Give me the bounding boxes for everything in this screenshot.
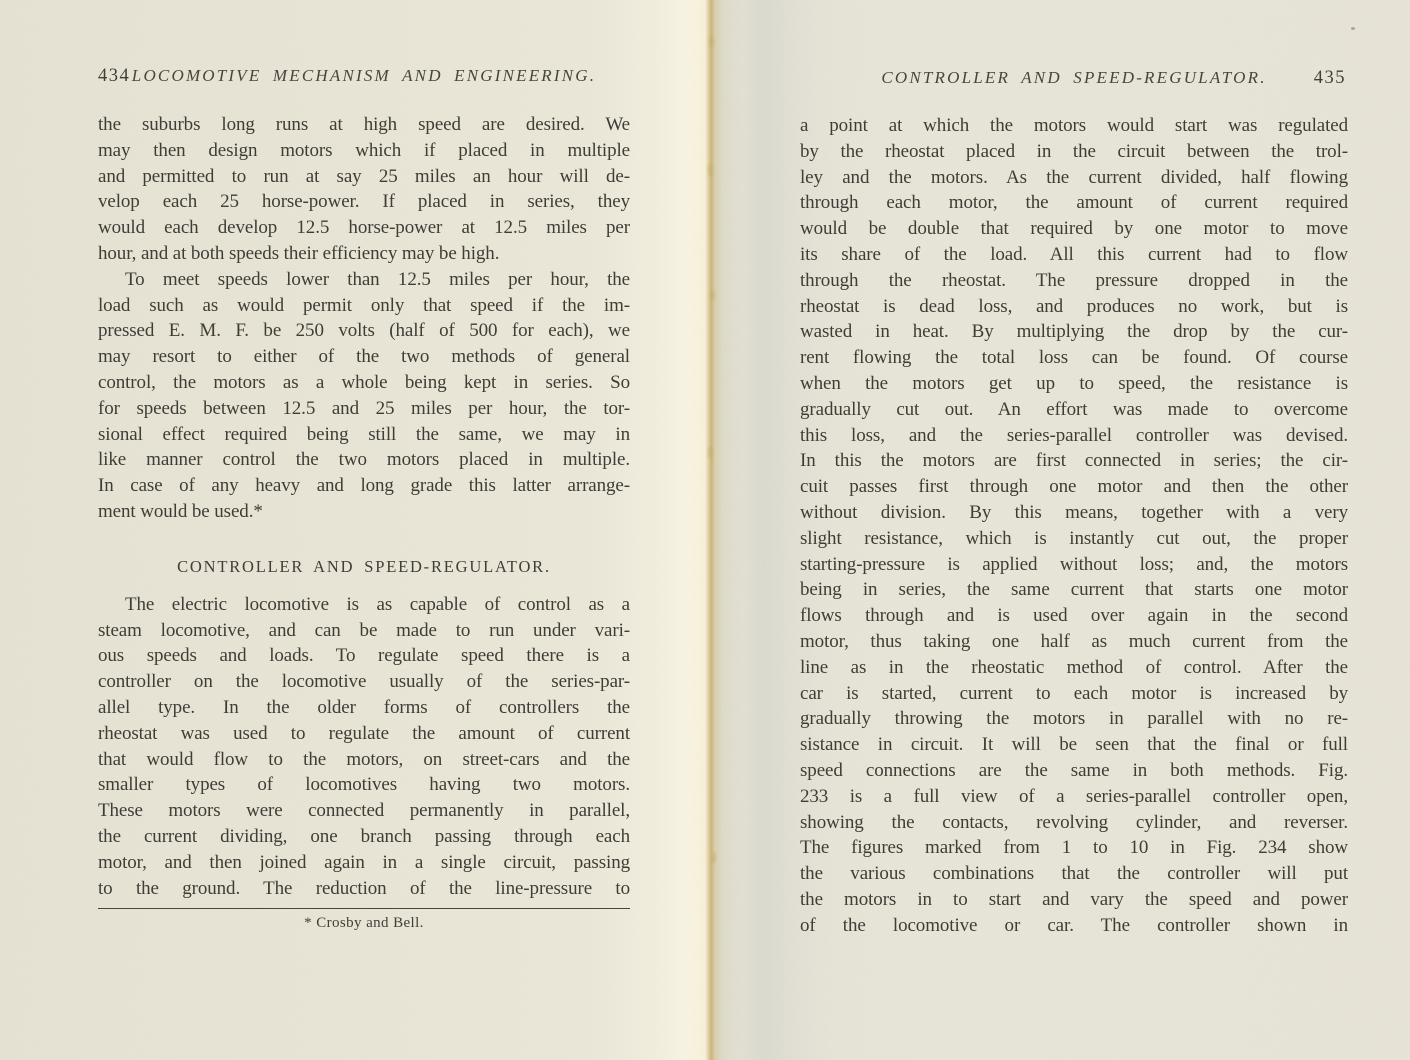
text-line: through each motor, the amount of curren… — [800, 190, 1348, 216]
text-line: To meet speeds lower than 12.5 miles per… — [98, 267, 630, 293]
text-line: flows through and is used over again in … — [800, 603, 1348, 629]
text-line: would be double that required by one mot… — [800, 216, 1348, 242]
text-line: control, the motors as a whole being kep… — [98, 370, 630, 396]
footnote: * Crosby and Bell. — [98, 915, 630, 932]
text-line: sistance in circuit. It will be seen tha… — [800, 732, 1348, 758]
text-line: ley and the motors. As the current divid… — [800, 165, 1348, 191]
text-line: controller on the locomotive usually of … — [98, 669, 630, 695]
text-line: rent flowing the total loss can be found… — [800, 345, 1348, 371]
text-line: the suburbs long runs at high speed are … — [98, 112, 630, 138]
page-edge-blob — [711, 852, 716, 864]
book-scan: 434 LOCOMOTIVE MECHANISM AND ENGINEERING… — [0, 0, 1410, 1060]
paragraph: To meet speeds lower than 12.5 miles per… — [98, 267, 630, 525]
text-line: that would flow to the motors, on street… — [98, 747, 630, 773]
text-line: being in series, the same current that s… — [800, 577, 1348, 603]
text-line: this loss, and the series-parallel contr… — [800, 423, 1348, 449]
text-line: load such as would permit only that spee… — [98, 293, 630, 319]
text-line: In this the motors are first connected i… — [800, 448, 1348, 474]
paper-speck — [1351, 27, 1355, 30]
text-line: may then design motors which if placed i… — [98, 138, 630, 164]
text-line: allel type. In the older forms of contro… — [98, 695, 630, 721]
text-line: speed connections are the same in both m… — [800, 758, 1348, 784]
page-edge-blob — [708, 446, 713, 459]
text-line: the motors in to start and vary the spee… — [800, 887, 1348, 913]
text-line: when the motors get up to speed, the res… — [800, 371, 1348, 397]
text-line: steam locomotive, and can be made to run… — [98, 618, 630, 644]
section-heading: CONTROLLER AND SPEED-REGULATOR. — [98, 557, 630, 577]
text-line: the current dividing, one branch passing… — [98, 824, 630, 850]
text-line: rheostat was used to regulate the amount… — [98, 721, 630, 747]
right-page: CONTROLLER AND SPEED-REGULATOR. 435 a po… — [800, 68, 1348, 939]
text-line: and permitted to run at say 25 miles an … — [98, 164, 630, 190]
left-page-number: 434 — [98, 66, 130, 87]
left-page-header: 434 LOCOMOTIVE MECHANISM AND ENGINEERING… — [98, 66, 630, 92]
text-line: wasted in heat. By multiplying the drop … — [800, 319, 1348, 345]
page-edge-blob — [709, 36, 714, 48]
text-line: 233 is a full view of a series-parallel … — [800, 784, 1348, 810]
paragraph: The electric locomotive is as capable of… — [98, 592, 630, 902]
text-line: gradually cut out. An effort was made to… — [800, 397, 1348, 423]
text-line: gradually throwing the motors in paralle… — [800, 706, 1348, 732]
paragraph-continuation: a point at which the motors would start … — [800, 113, 1348, 939]
left-running-title: LOCOMOTIVE MECHANISM AND ENGINEERING. — [98, 66, 630, 86]
text-line: to the ground. The reduction of the line… — [98, 876, 630, 902]
text-line: motor, and then joined again in a single… — [98, 850, 630, 876]
text-line: The figures marked from 1 to 10 in Fig. … — [800, 835, 1348, 861]
text-line: hour, and at both speeds their efficienc… — [98, 241, 630, 267]
right-page-number: 435 — [1314, 68, 1346, 89]
text-line: for speeds between 12.5 and 25 miles per… — [98, 396, 630, 422]
text-line: its share of the load. All this current … — [800, 242, 1348, 268]
text-line: would each develop 12.5 horse-power at 1… — [98, 215, 630, 241]
text-line: cuit passes first through one motor and … — [800, 474, 1348, 500]
text-line: by the rheostat placed in the circuit be… — [800, 139, 1348, 165]
text-line: starting-pressure is applied without los… — [800, 552, 1348, 578]
text-line: line as in the rheostatic method of cont… — [800, 655, 1348, 681]
text-line: ment would be used.* — [98, 499, 630, 525]
right-running-title: CONTROLLER AND SPEED-REGULATOR. — [800, 68, 1348, 88]
text-line: a point at which the motors would start … — [800, 113, 1348, 139]
footnote-rule — [98, 908, 630, 909]
text-line: of the locomotive or car. The controller… — [800, 913, 1348, 939]
text-line: slight resistance, which is instantly cu… — [800, 526, 1348, 552]
text-line: The electric locomotive is as capable of… — [98, 592, 630, 618]
text-line: pressed E. M. F. be 250 volts (half of 5… — [98, 318, 630, 344]
left-page: 434 LOCOMOTIVE MECHANISM AND ENGINEERING… — [98, 66, 630, 932]
text-line: showing the contacts, revolving cylinder… — [800, 810, 1348, 836]
text-line: These motors were connected permanently … — [98, 798, 630, 824]
text-line: like manner control the two motors place… — [98, 447, 630, 473]
text-line: smaller types of locomotives having two … — [98, 772, 630, 798]
page-edge-blob — [708, 163, 713, 177]
text-line: car is started, current to each motor is… — [800, 681, 1348, 707]
right-page-header: CONTROLLER AND SPEED-REGULATOR. 435 — [800, 68, 1348, 94]
text-line: the various combinations that the contro… — [800, 861, 1348, 887]
left-page-body: the suburbs long runs at high speed are … — [98, 112, 630, 932]
text-line: may resort to either of the two methods … — [98, 344, 630, 370]
text-line: through the rheostat. The pressure dropp… — [800, 268, 1348, 294]
text-line: sional effect required being still the s… — [98, 422, 630, 448]
right-page-body: a point at which the motors would start … — [800, 113, 1348, 939]
text-line: In case of any heavy and long grade this… — [98, 473, 630, 499]
text-line: without division. By this means, togethe… — [800, 500, 1348, 526]
paragraph-continuation: the suburbs long runs at high speed are … — [98, 112, 630, 267]
text-line: ous speeds and loads. To regulate speed … — [98, 643, 630, 669]
page-edge-blob — [710, 290, 715, 300]
text-line: velop each 25 horse-power. If placed in … — [98, 189, 630, 215]
text-line: motor, thus taking one half as much curr… — [800, 629, 1348, 655]
text-line: rheostat is dead loss, and produces no w… — [800, 294, 1348, 320]
